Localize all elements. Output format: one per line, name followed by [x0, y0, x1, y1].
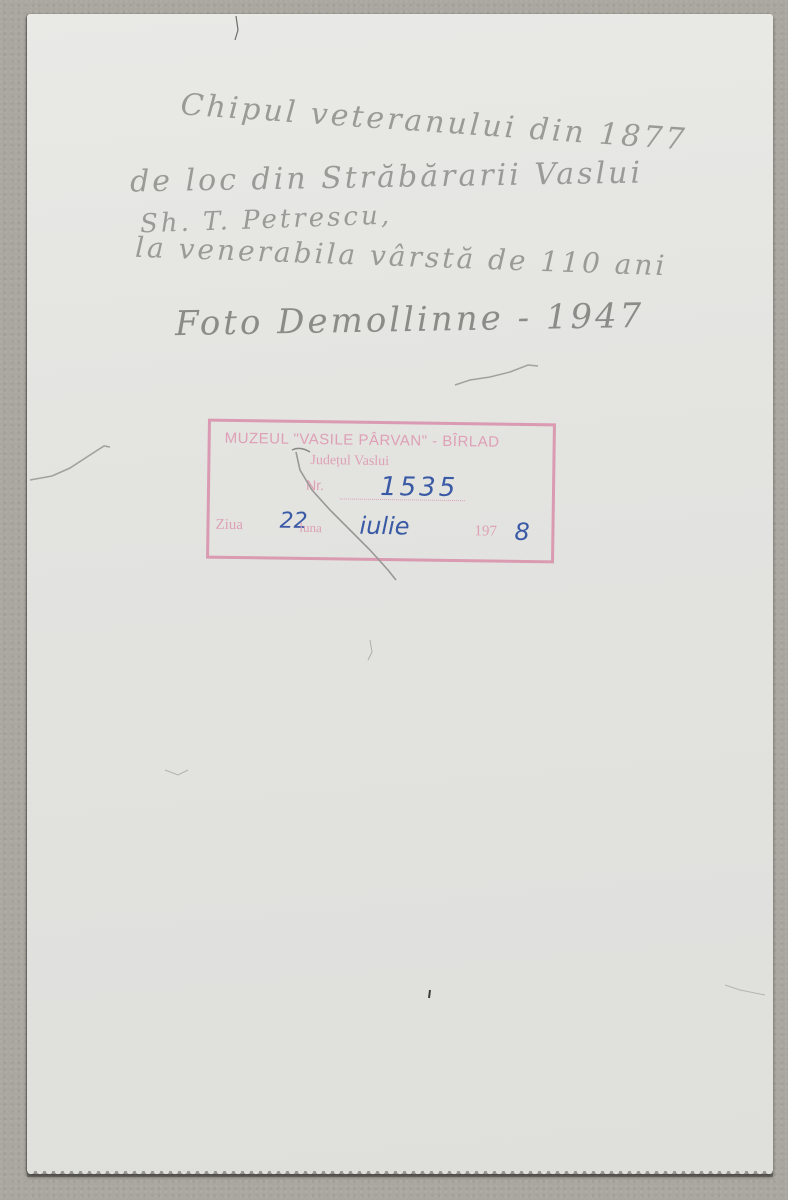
stamp-institution: MUZEUL "VASILE PÂRVAN" - BÎRLAD: [225, 430, 500, 451]
stamp-number-label: Nr.: [306, 477, 324, 493]
stamp-year-prefix: 197: [474, 523, 497, 540]
handwritten-photographer-credit: Foto Demollinne - 1947: [175, 296, 645, 344]
stamp-year-digit: 8: [514, 518, 530, 546]
stamp-day-label: Ziua: [215, 517, 243, 534]
stamp-month-value: iulie: [359, 512, 409, 541]
stamp-month-label: luna: [299, 520, 322, 536]
inventory-number: 1535: [380, 472, 459, 503]
stamp-county: Județul Vaslui: [310, 453, 389, 470]
museum-inventory-stamp: MUZEUL "VASILE PÂRVAN" - BÎRLAD Județul …: [206, 419, 556, 564]
